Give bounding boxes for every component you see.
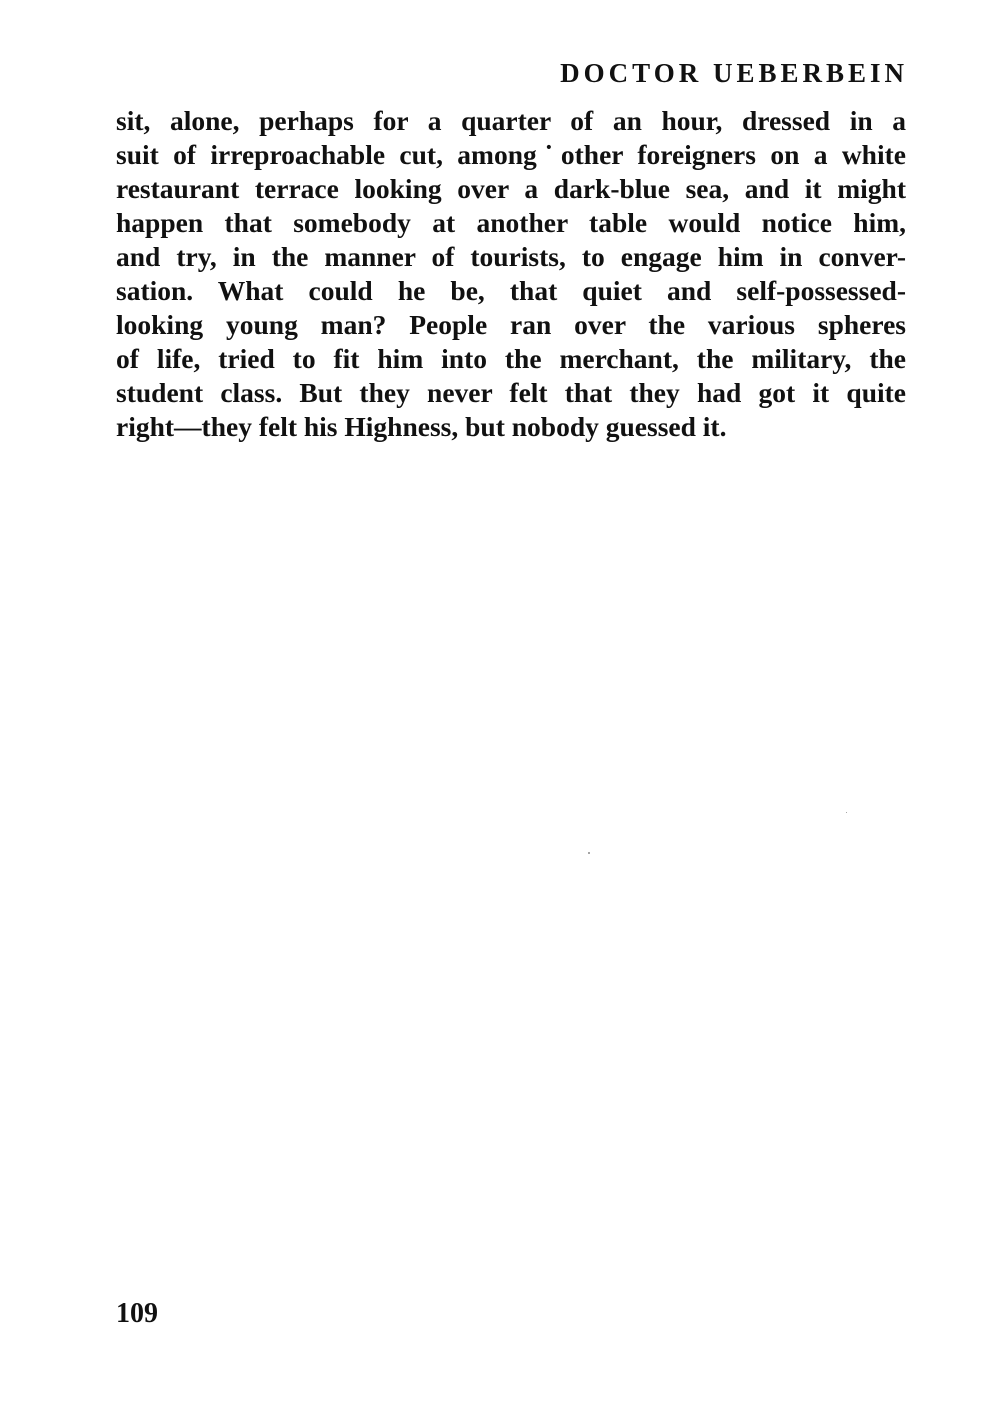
page-number: 109 — [116, 1298, 158, 1330]
text-line: restaurant terrace looking over a dark-b… — [116, 172, 906, 206]
running-head: DOCTOR UEBERBEIN — [560, 58, 908, 89]
text-line: student class. But they never felt that … — [116, 376, 906, 410]
scan-speck — [588, 852, 590, 854]
text-line: happen that somebody at another table wo… — [116, 206, 906, 240]
text-line: suit of irreproachable cut, among˙other … — [116, 138, 906, 172]
text-line: sit, alone, perhaps for a quarter of an … — [116, 104, 906, 138]
text-line: and try, in the manner of tourists, to e… — [116, 240, 906, 274]
text-line: sation. What could he be, that quiet and… — [116, 274, 906, 308]
text-line: of life, tried to fit him into the merch… — [116, 342, 906, 376]
body-paragraph: sit, alone, perhaps for a quarter of an … — [116, 104, 906, 444]
text-line-last: right—they felt his Highness, but nobody… — [116, 410, 906, 444]
text-line: looking young man? People ran over the v… — [116, 308, 906, 342]
scan-speck — [846, 812, 847, 813]
